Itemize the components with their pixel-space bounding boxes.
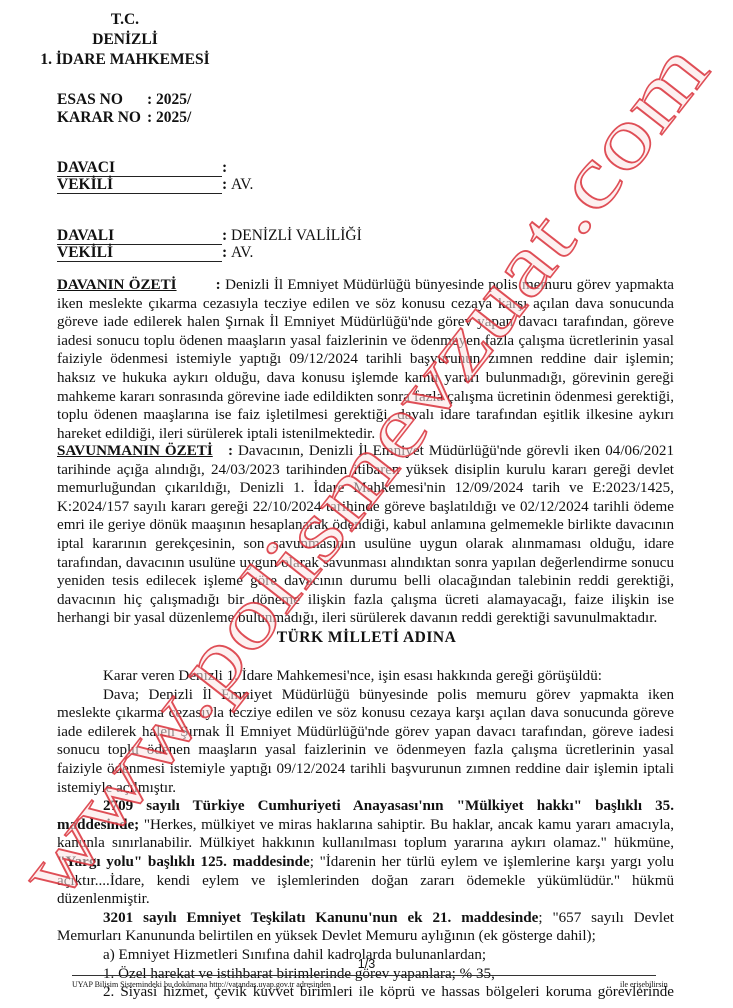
footer-access-text: ile erişebilirsin bbox=[620, 980, 668, 989]
esas-no-row: ESAS NO: 2025/ bbox=[57, 90, 191, 109]
esas-no-label: ESAS NO bbox=[57, 90, 147, 109]
footer-uyap-text: UYAP Bilişim Sistemindeki bu dokümana ht… bbox=[72, 980, 331, 989]
davanin-ozeti-label: DAVANIN ÖZETİ bbox=[57, 277, 177, 293]
davali-vekili-label: VEKİLİ bbox=[57, 244, 222, 262]
davanin-ozeti-section: DAVANIN ÖZETİ : Denizli İl Emniyet Müdür… bbox=[57, 276, 674, 443]
turk-milleti-adina-title: TÜRK MİLLETİ ADINA bbox=[0, 629, 733, 647]
body-paragraph-2: Dava; Denizli İl Emniyet Müdürlüğü bünye… bbox=[57, 686, 674, 798]
davaci-value: : bbox=[222, 159, 227, 176]
davaci-row: DAVACI: bbox=[57, 159, 227, 177]
davaci-vekili-label: VEKİLİ bbox=[57, 176, 222, 194]
page-number: 1/3 bbox=[0, 957, 733, 971]
body-paragraph-3: 2709 sayılı Türkiye Cumhuriyeti Anayasas… bbox=[57, 797, 674, 909]
header-city: DENİZLİ bbox=[0, 30, 250, 50]
karar-no-label: KARAR NO bbox=[57, 108, 147, 127]
davali-label: DAVALI bbox=[57, 227, 222, 245]
document-page: T.C. DENİZLİ 1. İDARE MAHKEMESİ ESAS NO:… bbox=[0, 0, 733, 1008]
footer-divider bbox=[72, 975, 656, 976]
savunmanin-ozeti-section: SAVUNMANIN ÖZETİ : Davacının, Denizli İl… bbox=[57, 442, 674, 628]
esas-no-value: : 2025/ bbox=[147, 91, 191, 108]
header-tc: T.C. bbox=[0, 10, 250, 30]
davaci-label: DAVACI bbox=[57, 159, 222, 177]
davali-vekili-row: VEKİLİ: AV. bbox=[57, 244, 253, 262]
davanin-ozeti-text: Denizli İl Emniyet Müdürlüğü bünyesinde … bbox=[57, 277, 674, 442]
savunmanin-ozeti-text: Davacının, Denizli İl Emniyet Müdürlüğü'… bbox=[57, 443, 674, 626]
davali-value: DENİZLİ VALİLİĞİ bbox=[231, 227, 362, 244]
davali-vekili-value: AV. bbox=[231, 244, 253, 261]
davaci-vekili-value: AV. bbox=[231, 176, 253, 193]
karar-body: Karar veren Denizli 1. İdare Mahkemesi'n… bbox=[57, 667, 674, 1002]
davali-row: DAVALI: DENİZLİ VALİLİĞİ bbox=[57, 227, 362, 245]
davaci-vekili-row: VEKİLİ: AV. bbox=[57, 176, 253, 194]
savunmanin-ozeti-label: SAVUNMANIN ÖZETİ bbox=[57, 443, 213, 459]
karar-no-value: : 2025/ bbox=[147, 109, 191, 126]
karar-no-row: KARAR NO: 2025/ bbox=[57, 108, 191, 127]
header-court: 1. İDARE MAHKEMESİ bbox=[0, 50, 250, 70]
body-paragraph-4: 3201 sayılı Emniyet Teşkilatı Kanunu'nun… bbox=[57, 909, 674, 946]
body-paragraph-1: Karar veren Denizli 1. İdare Mahkemesi'n… bbox=[57, 667, 674, 686]
